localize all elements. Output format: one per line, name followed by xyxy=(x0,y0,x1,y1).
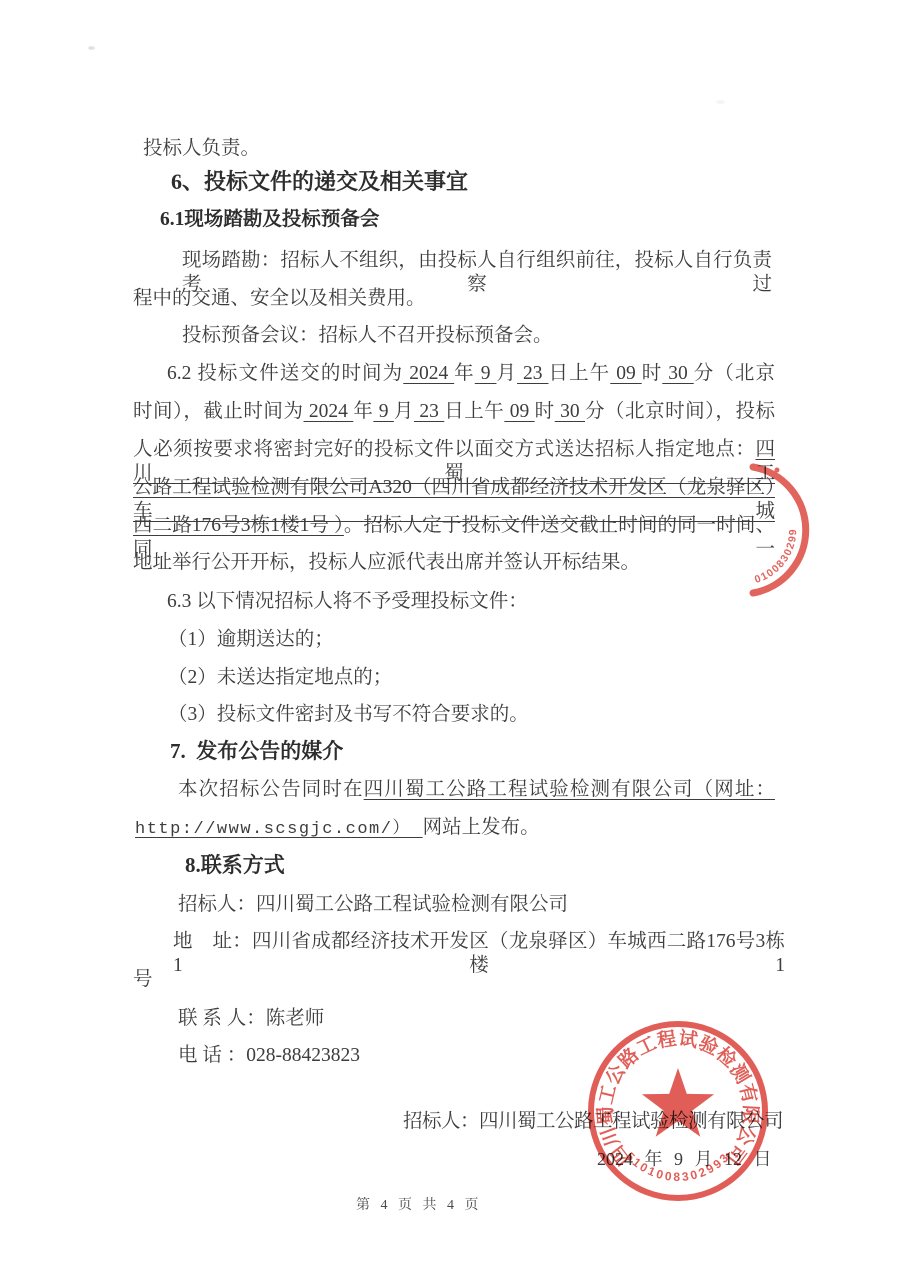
contact-tenderer: 招标人：四川蜀工公路工程试验检测有限公司 xyxy=(178,893,568,917)
text-segment: 时 xyxy=(535,401,555,422)
underlined-year: 2024 xyxy=(304,401,354,422)
text-segment: 日上午 xyxy=(444,401,504,422)
text-segment: 分（北京时间），投标 xyxy=(585,401,775,422)
contact-address-line1: 地 址：四川省成都经济技术开发区（龙泉驿区）车城西二路176号3栋1楼1 xyxy=(173,930,785,979)
paragraph-6-3: 6.3 以下情况招标人将不予受理投标文件： xyxy=(167,590,528,614)
text-segment: 本次招标公告同时在 xyxy=(178,779,364,800)
page-number-footer: 第 4 页 共 4 页 xyxy=(356,1197,482,1215)
underlined-minute: 30 xyxy=(662,363,693,384)
underlined-hour: 09 xyxy=(610,363,641,384)
scan-speck xyxy=(88,46,95,50)
underlined-day: 23 xyxy=(414,401,444,422)
text-segment: 人必须按要求将密封完好的投标文件以面交方式送达招标人指定地点： xyxy=(133,439,755,460)
text-segment: 分（北京 xyxy=(694,363,775,384)
svg-text:5101008302993: 5101008302993 xyxy=(623,1149,733,1184)
edge-seal: 0100830299 xyxy=(718,445,828,615)
underlined-month: 9 xyxy=(475,363,497,384)
underlined-url: http://www.scsgjc.com/） xyxy=(135,820,423,839)
edge-seal-dot xyxy=(775,468,780,473)
scan-smudge xyxy=(716,100,725,104)
company-seal: 四川蜀工公路工程试验检测有限公司 5101008302993 xyxy=(578,1011,778,1211)
text-segment: 年 xyxy=(454,363,475,384)
paragraph-pre-bid-meeting: 投标预备会议：招标人不召开投标预备会。 xyxy=(182,324,553,348)
list-item-1: （1）逾期送达的； xyxy=(168,628,334,652)
contact-address-line2: 号 xyxy=(133,968,153,992)
paragraph-6-2-line2: 时间），截止时间为 2024 年 9 月 23 日上午 09 时 30 分（北京… xyxy=(133,400,775,424)
underlined-hour: 09 xyxy=(504,401,534,422)
heading-section-7: 7. 发布公告的媒介 xyxy=(170,738,343,764)
underlined-month: 9 xyxy=(373,401,394,422)
text-segment: 月 xyxy=(394,401,414,422)
text-segment: 时 xyxy=(642,363,663,384)
underlined-day: 23 xyxy=(517,363,548,384)
edge-seal-code: 0100830299 xyxy=(753,528,799,586)
contact-person: 联 系 人：陈老师 xyxy=(178,1007,324,1031)
star-icon xyxy=(642,1068,714,1137)
underlined-company-website: 四川蜀工公路工程试验检测有限公司（网址： xyxy=(364,779,775,800)
seal-code: 5101008302993 xyxy=(623,1149,733,1184)
svg-text:0100830299: 0100830299 xyxy=(753,528,799,586)
text-segment: 日上午 xyxy=(548,363,610,384)
heading-section-6: 6、投标文件的递交及相关事宜 xyxy=(171,168,468,196)
text-segment: 网站上发布。 xyxy=(423,817,540,838)
paragraph-6-2-line6: 地址举行公开开标，投标人应派代表出席并签认开标结果。 xyxy=(133,551,640,575)
text-segment: 月 xyxy=(496,363,517,384)
text-segment: 时间），截止时间为 xyxy=(133,401,304,422)
heading-section-8: 8.联系方式 xyxy=(185,852,285,878)
list-item-3: （3）投标文件密封及书写不符合要求的。 xyxy=(168,703,529,727)
text-segment: 6.2 投标文件送交的时间为 xyxy=(167,363,403,384)
contact-phone: 电 话 ：028-88423823 xyxy=(178,1044,360,1068)
paragraph-7-line2: http://www.scsgjc.com/） 网站上发布。 xyxy=(135,816,540,840)
underlined-minute: 30 xyxy=(555,401,585,422)
document-page: 投标人负责。 6、投标文件的递交及相关事宜 6.1现场踏勘及投标预备会 现场踏勘… xyxy=(0,0,900,1272)
paragraph-6-2-line1: 6.2 投标文件送交的时间为 2024 年 9 月 23 日上午 09 时 30… xyxy=(167,362,775,386)
text-segment: 年 xyxy=(353,401,373,422)
paragraph-7-line1: 本次招标公告同时在四川蜀工公路工程试验检测有限公司（网址： xyxy=(178,778,775,802)
list-item-2: （2）未送达指定地点的； xyxy=(168,666,392,690)
underlined-address-end: 西二路176号3栋1楼1号 ） xyxy=(133,515,344,536)
paragraph-intro-tail: 投标人负责。 xyxy=(143,137,260,161)
underlined-year: 2024 xyxy=(403,363,454,384)
heading-section-6-1: 6.1现场踏勘及投标预备会 xyxy=(160,208,379,232)
paragraph-site-visit-line2: 程中的交通、安全以及相关费用。 xyxy=(133,287,426,311)
